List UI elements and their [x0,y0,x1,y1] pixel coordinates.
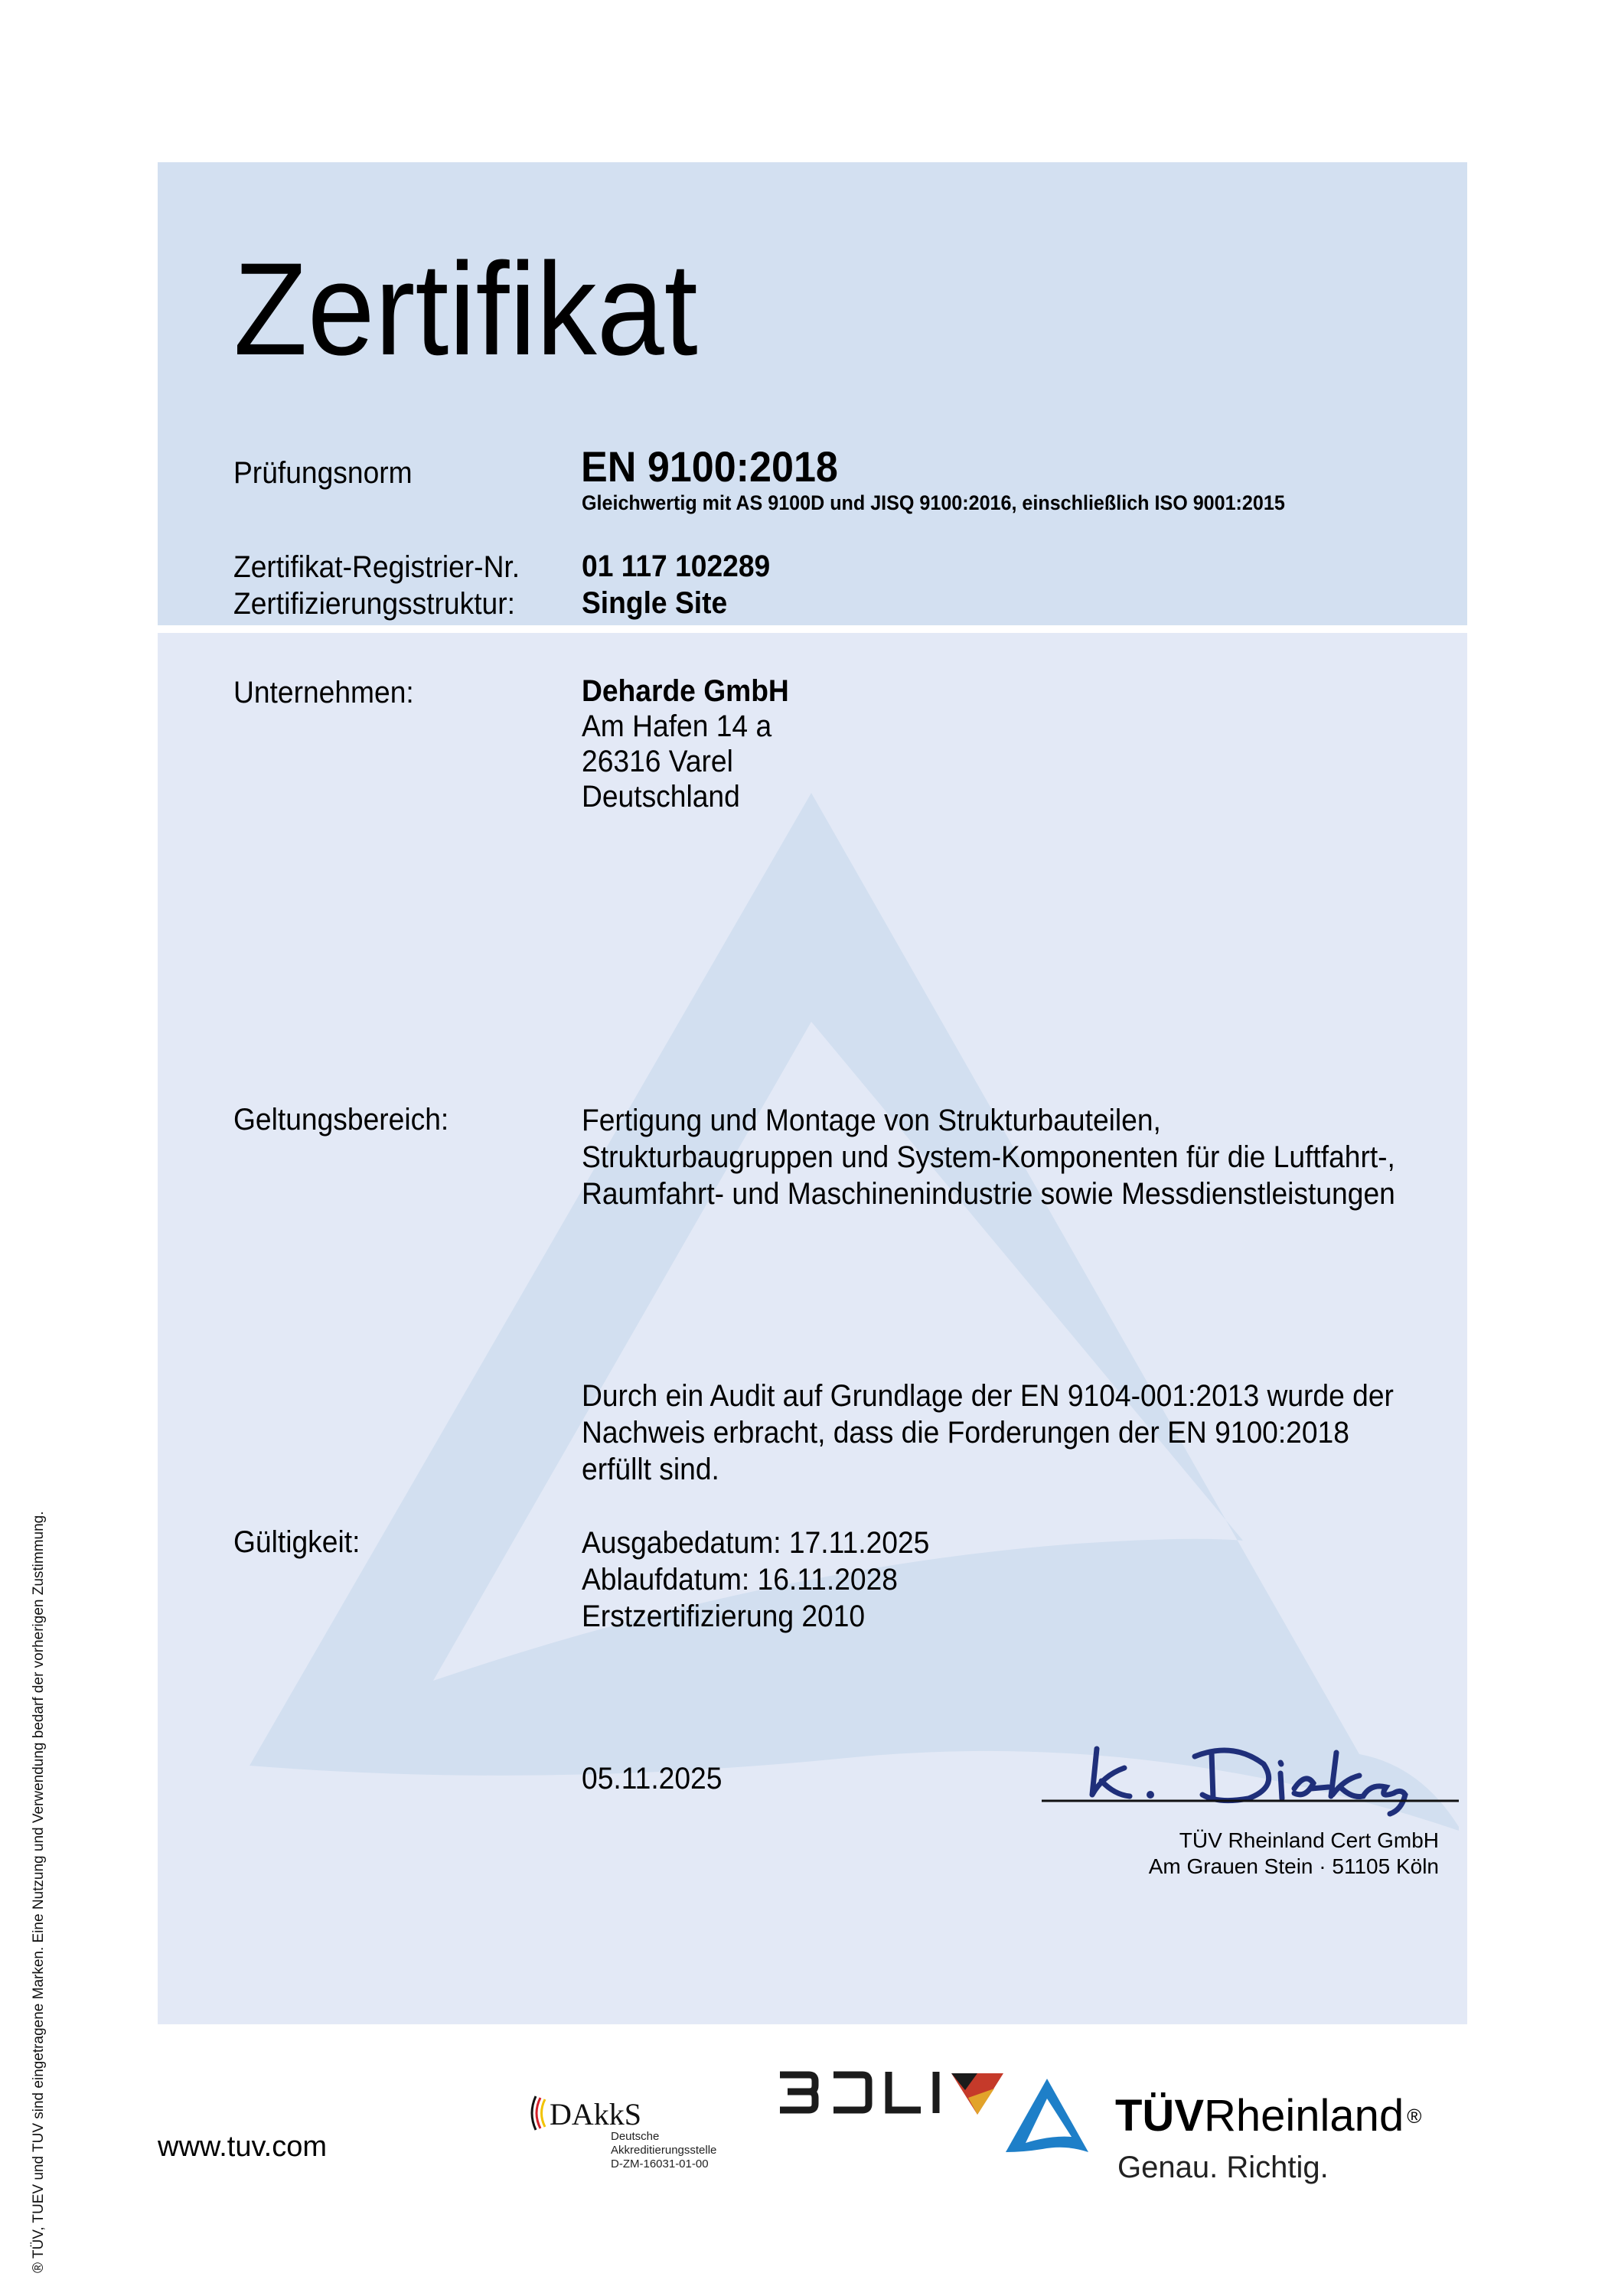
dakks-line2: Akkreditierungsstelle [611,2144,716,2157]
audit-statement-line: erfüllt sind. [582,1451,719,1488]
tuv-slogan: Genau. Richtig. [1117,2151,1329,2185]
issue-date: Ausgabedatum: 17.11.2025 [582,1525,929,1561]
standard-label: Prüfungsnorm [233,455,413,491]
scope-line: Raumfahrt- und Maschinenindustrie sowie … [582,1176,1395,1212]
standard-value: EN 9100:2018 [581,444,838,490]
audit-statement-line: Nachweis erbracht, dass die Forderungen … [582,1414,1349,1451]
tuv-triangle-logo-icon [1004,2076,1090,2158]
dakks-arcs-icon [528,2095,551,2131]
signature-date: 05.11.2025 [582,1760,722,1797]
tuv-brand-bold: TÜV [1115,2091,1204,2141]
dakks-line1: Deutsche [611,2130,659,2144]
registered-mark: ® [1407,2105,1421,2128]
registration-number: 01 117 102289 [582,548,770,585]
dakks-name: DAkkS [550,2096,641,2132]
signature-icon [1042,1733,1459,1818]
company-city: 26316 Varel [582,744,733,779]
registration-label: Zertifikat-Registrier-Nr. [233,550,520,585]
trademark-note: ® TÜV, TUEV und TUV sind eingetragene Ma… [31,1511,47,2273]
company-street: Am Hafen 14 a [582,709,771,744]
validity-label: Gültigkeit: [233,1525,360,1560]
company-name: Deharde GmbH [582,673,789,709]
company-country: Deutschland [582,779,740,814]
scope-label: Geltungsbereich: [233,1102,449,1137]
scope-line: Strukturbaugruppen und System-Komponente… [582,1139,1395,1176]
audit-statement-line: Durch ein Audit auf Grundlage der EN 910… [582,1378,1394,1414]
structure-value: Single Site [582,585,727,621]
first-certification: Erstzertifizierung 2010 [582,1598,865,1635]
expiry-date: Ablaufdatum: 16.11.2028 [582,1561,898,1598]
dakks-code: D-ZM-16031-01-00 [611,2157,709,2171]
issuer-name: TÜV Rheinland Cert GmbH [1179,1828,1439,1854]
standard-equivalence: Gleichwertig mit AS 9100D und JISQ 9100:… [582,491,1285,514]
tuv-rheinland-wordmark: TÜVRheinland® [1115,2093,1421,2139]
company-label: Unternehmen: [233,675,414,710]
website-link[interactable]: www.tuv.com [158,2131,327,2164]
scope-line: Fertigung und Montage von Strukturbautei… [582,1102,1161,1139]
certificate-title: Zertifikat [233,243,698,375]
bdli-logo-icon [777,2070,1006,2116]
tuv-brand-regular: Rheinland [1204,2091,1404,2141]
structure-label: Zertifizierungsstruktur: [233,586,515,621]
issuer-address: Am Grauen Stein · 51105 Köln [1149,1854,1439,1880]
